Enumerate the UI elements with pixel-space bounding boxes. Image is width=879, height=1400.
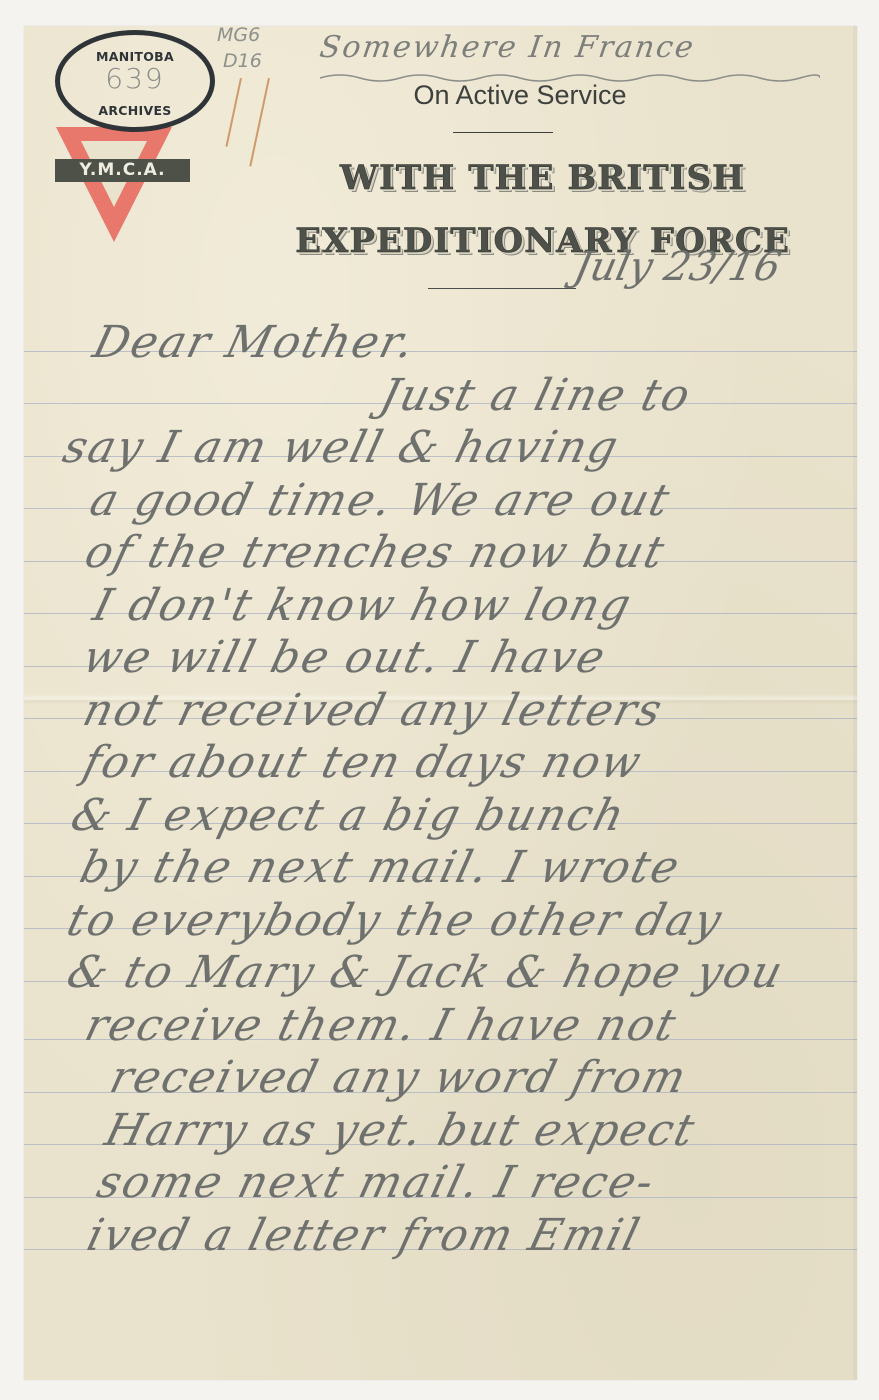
handwritten-place: Somewhere In France <box>318 30 698 65</box>
body-line: receive them. I have not <box>80 1000 683 1051</box>
body-line: Just a line to <box>375 370 697 421</box>
date-rule <box>428 288 576 289</box>
catalog-line-1: MG6 <box>217 22 262 48</box>
body-line: some next mail. I rece- <box>92 1157 660 1208</box>
stamp-number: 639 <box>60 62 210 95</box>
body-line: we will be out. I have <box>78 632 612 683</box>
on-active-service: On Active Service <box>240 80 800 111</box>
stamp-bottom-text: ARCHIVES <box>60 103 210 118</box>
body-line: for about ten days now <box>78 737 648 788</box>
body-line: I don't know how long <box>88 580 638 631</box>
header-divider <box>453 132 553 133</box>
body-line: to everybody the other day <box>62 895 728 946</box>
ymca-label: Y.M.C.A. <box>55 159 190 182</box>
body-line: & I expect a big bunch <box>66 790 631 841</box>
body-line: not received any letters <box>78 685 669 736</box>
salutation: Dear Mother. <box>88 317 421 368</box>
letter-date: July 23/16 <box>570 244 785 290</box>
body-line: a good time. We are out <box>85 475 676 526</box>
body-line: say I am well & having <box>58 422 625 473</box>
catalog-line-2: D16 <box>217 48 262 74</box>
letterhead-title-line-1: WITH THE BRITISH <box>240 158 845 198</box>
body-line: of the trenches now but <box>80 527 671 578</box>
body-line: Harry as yet. but expect <box>100 1105 701 1156</box>
body-line: ived a letter from Emil <box>82 1210 646 1261</box>
body-line: by the next mail. I wrote <box>75 842 686 893</box>
archive-stamp: MANITOBA 639 ARCHIVES <box>55 30 215 132</box>
paper-edge <box>853 26 857 1380</box>
body-line: & to Mary & Jack & hope you <box>62 947 789 998</box>
body-line: received any word from <box>105 1052 693 1103</box>
catalog-note: MG6 D16 <box>217 22 262 74</box>
